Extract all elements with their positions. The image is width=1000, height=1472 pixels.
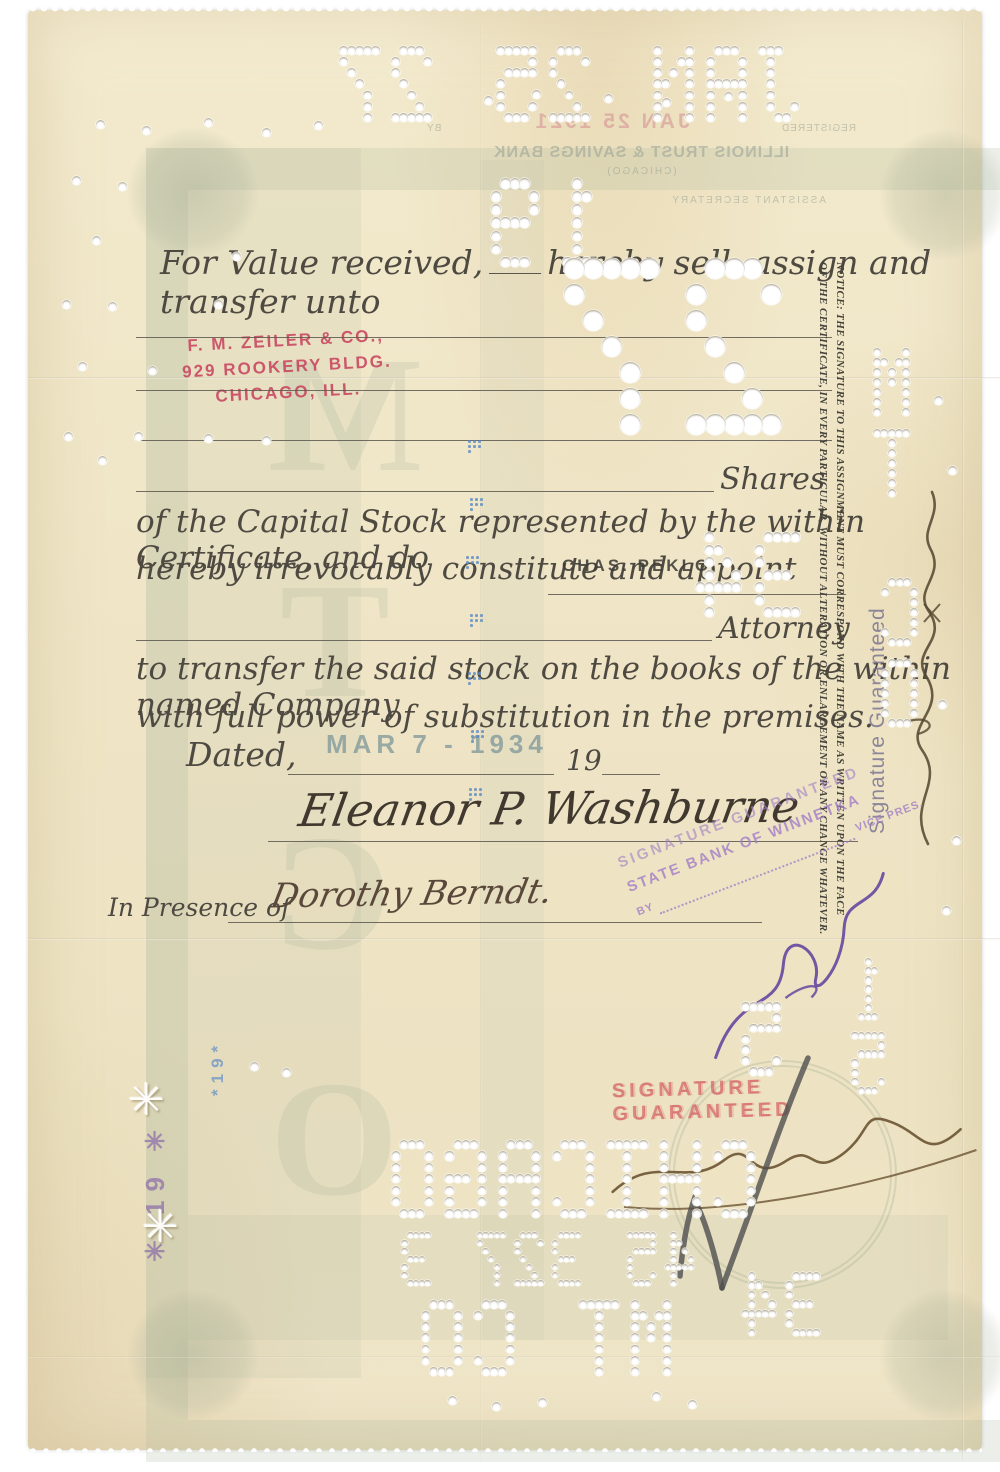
perforation-cluster bbox=[340, 46, 799, 124]
perforation-cluster bbox=[742, 1002, 781, 1078]
perforation-cluster bbox=[492, 178, 601, 270]
perforation-cluster bbox=[874, 348, 910, 510]
perforation-cluster bbox=[882, 578, 918, 740]
scanned-stock-certificate-back: REGISTERED JAN 25 1921 BY ILLINOIS TRUST… bbox=[0, 0, 1000, 1472]
cancellation-perforations bbox=[0, 0, 1000, 1472]
perforation-cluster bbox=[402, 1232, 694, 1288]
perforation-cluster bbox=[696, 532, 800, 620]
perforation-cluster bbox=[852, 958, 885, 1106]
perforation-cluster bbox=[742, 1272, 820, 1338]
perforation-cluster bbox=[392, 1140, 755, 1220]
perforation-cluster bbox=[566, 258, 782, 440]
perforation-cluster bbox=[422, 1300, 672, 1378]
